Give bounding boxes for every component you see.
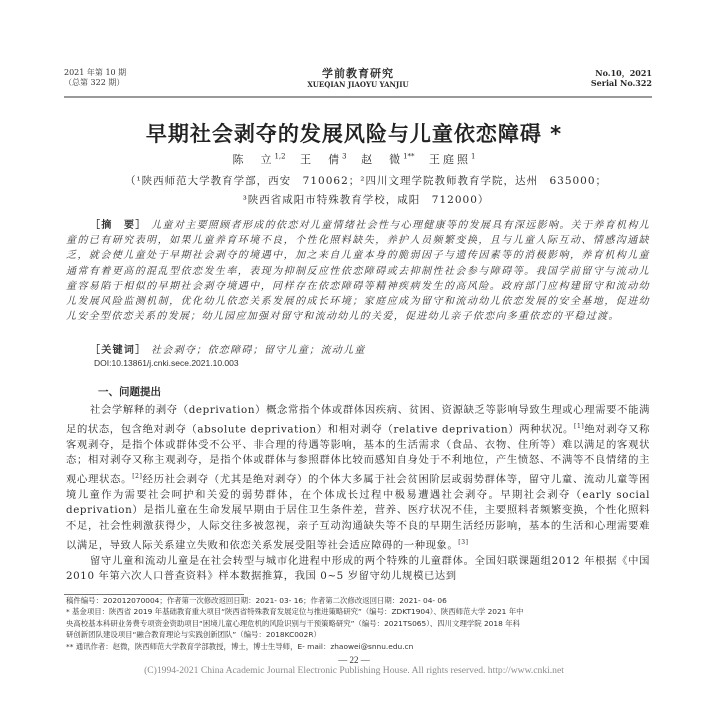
journal-name: 学前教育研究 XUEQIAN JIAOYU YANJIU [64, 68, 652, 89]
author-list: 陈 立1,2 王 倩3 赵 微1** 王庭照1 [0, 151, 708, 167]
abstract-label: ［摘 要］ [90, 220, 147, 231]
abstract-text: 儿童对主要照顾者形成的依恋对儿童情绪社会性与心理健康等的发展具有深远影响。关于养… [66, 220, 650, 322]
citation-link[interactable]: [2] [132, 473, 142, 480]
volume-number: No.10，2021 [591, 68, 652, 78]
running-header: 2021 年第 10 期 （总第 322 期） 学前教育研究 XUEQIAN J… [64, 68, 652, 94]
page-number: — 22 — [0, 655, 708, 665]
serial-number: Serial No.322 [591, 78, 652, 88]
article-title: 早期社会剥夺的发展风险与儿童依恋障碍 * [0, 118, 708, 148]
citation-link[interactable]: [3] [458, 539, 468, 546]
doi: DOI:10.13861/j.cnki.sece.2021.10.003 [94, 358, 239, 368]
copyright-notice: (C)1994-2021 China Academic Journal Elec… [0, 665, 708, 676]
footnote-fund: 研创新团队建设项目“融合教育理论与实践创新团队”（编号：2018KC002R） [66, 629, 656, 640]
author: 陈 立1,2 [232, 153, 285, 166]
keywords-text: 社会剥夺；依恋障碍；留守儿童；流动儿童 [151, 345, 366, 356]
keywords: ［关键词］ 社会剥夺；依恋障碍；留守儿童；流动儿童 [90, 341, 366, 356]
footnote-fund: * 基金项目：陕西省 2019 年基础教育重大项目“陕西省特殊教育发展定位与推进… [66, 606, 656, 617]
paragraph: 社会学解释的剥夺（deprivation）概念常指个体或群体因疾病、贫困、资源缺… [66, 403, 650, 554]
affiliation-line-2: ³陕西省咸阳市特殊教育学校，咸阳 712000） [86, 192, 646, 207]
citation-link[interactable]: [1] [574, 423, 584, 430]
section-heading: 一、问题提出 [98, 384, 161, 399]
author: 王 倩3 [300, 153, 346, 166]
body-text: 社会学解释的剥夺（deprivation）概念常指个体或群体因疾病、贫困、资源缺… [66, 403, 650, 585]
affiliation-line-1: （¹陕西师范大学教育学部，西安 710062；²四川文理学院教师教育学院，达州 … [86, 173, 646, 188]
footnote-fund: 央高校基本科研业务费专项资金资助项目“困境儿童心理危机的风险识别与干预策略研究”… [66, 618, 656, 629]
author: 赵 微1** [361, 153, 414, 166]
footnotes: 稿件编号：202012070004；作者第一次修改返回日期：2021- 03- … [66, 595, 656, 652]
journal-name-zh: 学前教育研究 [64, 68, 652, 80]
paragraph: 留守儿童和流动儿童是在社会转型与城市化进程中形成的两个特殊的儿童群体。全国妇联课… [66, 554, 650, 585]
abstract: ［摘 要］ 儿童对主要照顾者形成的依恋对儿童情绪社会性与心理健康等的发展具有深远… [66, 218, 650, 324]
serial-info: No.10，2021 Serial No.322 [591, 68, 652, 88]
keywords-label: ［关键词］ [90, 345, 147, 356]
footnote-received: 稿件编号：202012070004；作者第一次修改返回日期：2021- 03- … [66, 595, 656, 606]
header-rule [64, 96, 652, 98]
journal-name-en: XUEQIAN JIAOYU YANJIU [64, 80, 652, 89]
author: 王庭照1 [429, 153, 475, 166]
footnote-corresponding: ** 通讯作者：赵微，陕西师范大学教育学部教授，博士，博士生导师，E- mail… [66, 641, 656, 652]
